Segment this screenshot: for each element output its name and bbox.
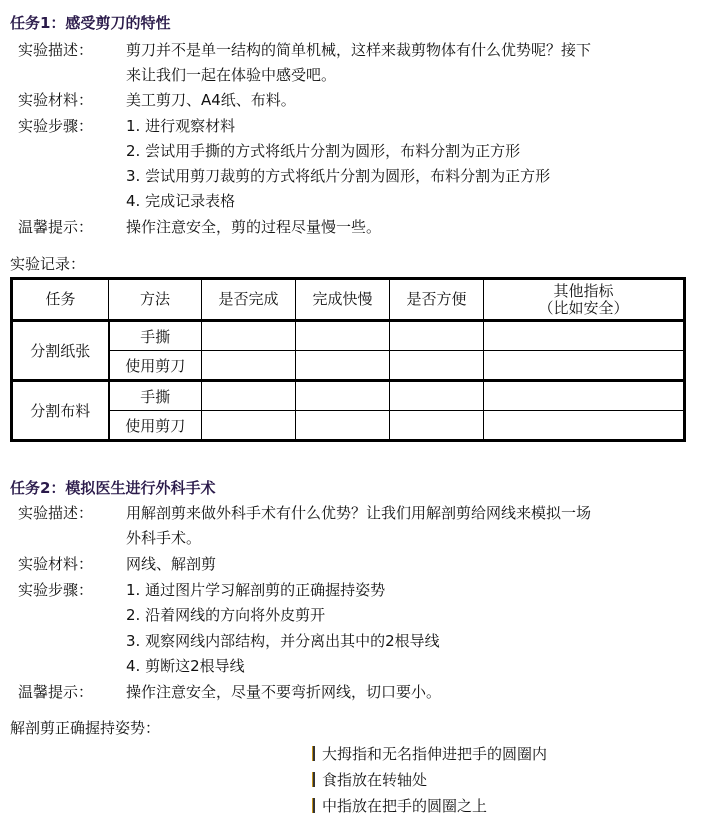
cell-other[interactable] (484, 381, 685, 411)
table-row: 分割布料 手撕 (12, 381, 685, 411)
grip-item-text: 中指放在把手的圆圈之上 (322, 797, 487, 815)
cell-speed[interactable] (296, 381, 390, 411)
record-table: 任务 方法 是否完成 完成快慢 是否方便 其他指标 （比如安全） 分割纸张 手撕… (10, 277, 686, 442)
task2-step: 4. 剪断这2根导线 (126, 655, 245, 676)
header-completed: 是否完成 (202, 279, 296, 321)
cell-speed[interactable] (296, 351, 390, 381)
cell-convenience[interactable] (390, 411, 484, 441)
task2-step: 3. 观察网线内部结构，并分离出其中的2根导线 (126, 630, 440, 651)
header-other-line2: （比如安全） (484, 300, 683, 317)
cell-other[interactable] (484, 321, 685, 351)
task2-materials-label: 实验材料： (18, 553, 93, 574)
task1-desc-line1: 剪刀并不是单一结构的简单机械，这样来裁剪物体有什么优势呢？接下 (126, 39, 591, 60)
bullet-bar-icon (312, 772, 315, 787)
task1-desc-line2: 来让我们一起在体验中感受吧。 (126, 64, 336, 85)
cell-speed[interactable] (296, 411, 390, 441)
bullet-bar-icon (312, 798, 315, 813)
header-convenience: 是否方便 (390, 279, 484, 321)
cell-other[interactable] (484, 411, 685, 441)
task1-step: 3. 尝试用剪刀裁剪的方式将纸片分割为圆形，布料分割为正方形 (126, 165, 550, 186)
task2-tip-label: 温馨提示： (18, 681, 93, 702)
table-row: 使用剪刀 (12, 411, 685, 441)
grip-item: 中指放在把手的圆圈之上 (312, 795, 487, 816)
record-label: 实验记录： (10, 253, 85, 274)
grip-item-text: 食指放在转轴处 (322, 771, 427, 789)
table-row: 分割纸张 手撕 (12, 321, 685, 351)
task1-tip-label: 温馨提示： (18, 216, 93, 237)
task1-step: 4. 完成记录表格 (126, 190, 235, 211)
grip-item-text: 大拇指和无名指伸进把手的圆圈内 (322, 745, 547, 763)
grip-item: 食指放在转轴处 (312, 769, 427, 790)
cell-convenience[interactable] (390, 381, 484, 411)
cell-completed[interactable] (202, 321, 296, 351)
task2-steps-label: 实验步骤： (18, 579, 93, 600)
header-speed: 完成快慢 (296, 279, 390, 321)
task1-step: 1. 进行观察材料 (126, 115, 235, 136)
row-method: 使用剪刀 (109, 351, 202, 381)
task1-title: 任务1：感受剪刀的特性 (10, 12, 170, 33)
task2-step: 1. 通过图片学习解剖剪的正确握持姿势 (126, 579, 385, 600)
table-header-row: 任务 方法 是否完成 完成快慢 是否方便 其他指标 （比如安全） (12, 279, 685, 321)
task2-desc-line2: 外科手术。 (126, 527, 201, 548)
header-other-line1: 其他指标 (484, 283, 683, 300)
row-method: 使用剪刀 (109, 411, 202, 441)
task1-desc-label: 实验描述： (18, 39, 93, 60)
task2-step: 2. 沿着网线的方向将外皮剪开 (126, 604, 325, 625)
task2-desc-line1: 用解剖剪来做外科手术有什么优势？让我们用解剖剪给网线来模拟一场 (126, 502, 591, 523)
row-task: 分割布料 (12, 381, 109, 441)
table-row: 使用剪刀 (12, 351, 685, 381)
task1-materials: 美工剪刀、A4纸、布料。 (126, 89, 296, 110)
row-method: 手撕 (109, 321, 202, 351)
task1-step: 2. 尝试用手撕的方式将纸片分割为圆形，布料分割为正方形 (126, 140, 520, 161)
task2-materials: 网线、解剖剪 (126, 553, 216, 574)
cell-speed[interactable] (296, 321, 390, 351)
row-task: 分割纸张 (12, 321, 109, 381)
row-method: 手撕 (109, 381, 202, 411)
task2-desc-label: 实验描述： (18, 502, 93, 523)
grip-label: 解剖剪正确握持姿势： (10, 717, 160, 738)
header-method: 方法 (109, 279, 202, 321)
task2-tip: 操作注意安全，尽量不要弯折网线，切口要小。 (126, 681, 441, 702)
task1-materials-label: 实验材料： (18, 89, 93, 110)
cell-completed[interactable] (202, 381, 296, 411)
cell-convenience[interactable] (390, 351, 484, 381)
bullet-bar-icon (312, 746, 315, 761)
task2-title: 任务2：模拟医生进行外科手术 (10, 477, 215, 498)
header-other: 其他指标 （比如安全） (484, 279, 685, 321)
task1-steps-label: 实验步骤： (18, 115, 93, 136)
cell-completed[interactable] (202, 411, 296, 441)
cell-completed[interactable] (202, 351, 296, 381)
task1-tip: 操作注意安全，剪的过程尽量慢一些。 (126, 216, 381, 237)
cell-other[interactable] (484, 351, 685, 381)
cell-convenience[interactable] (390, 321, 484, 351)
grip-item: 大拇指和无名指伸进把手的圆圈内 (312, 743, 547, 764)
header-task: 任务 (12, 279, 109, 321)
